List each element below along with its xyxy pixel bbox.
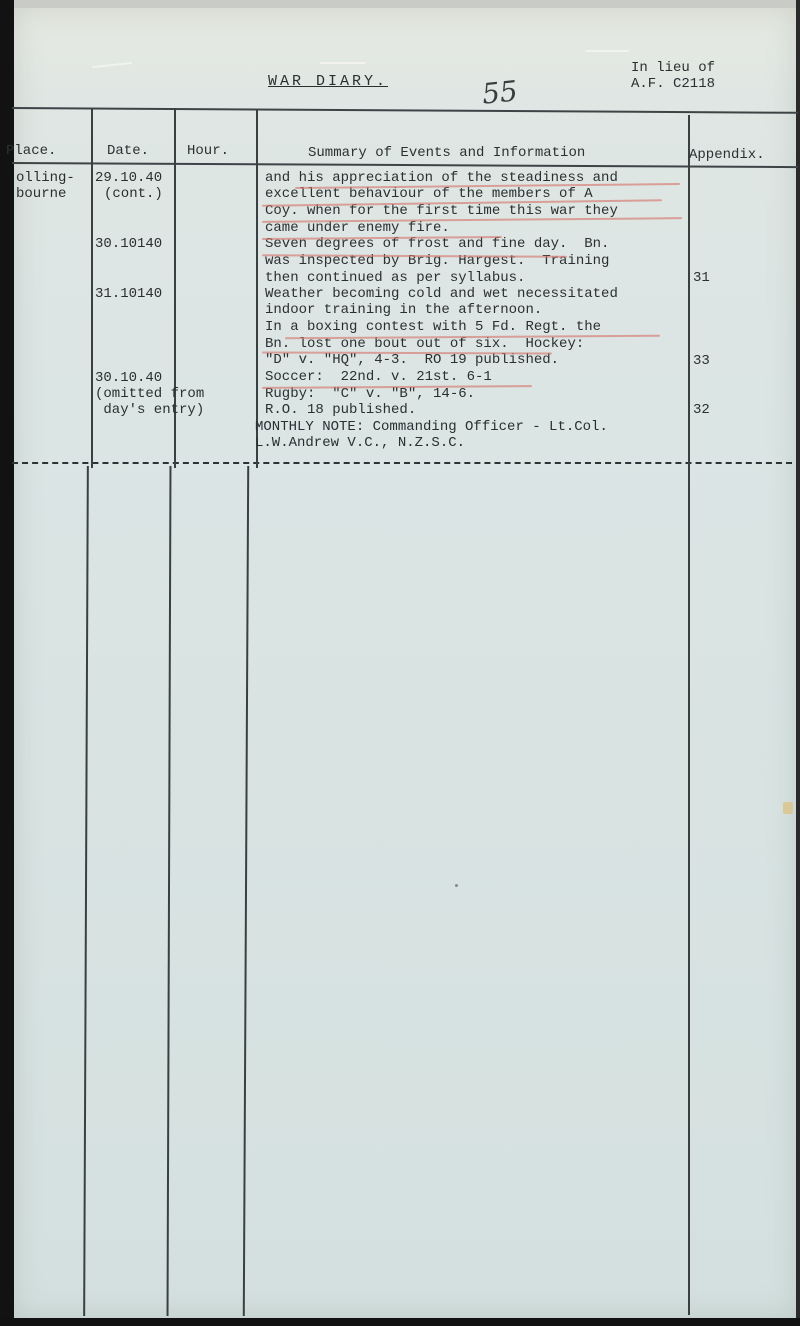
date-entry-1-note: (cont.): [104, 186, 163, 203]
document-title: WAR DIARY.: [268, 73, 388, 90]
summary-line: L.W.Andrew V.C., N.Z.S.C.: [255, 435, 465, 452]
column-rule-hour: [256, 110, 258, 468]
tape-fragment: [783, 802, 793, 814]
date-entry-1: 29.10.40: [95, 170, 162, 187]
summary-line: Weather becoming cold and wet necessitat…: [265, 286, 618, 303]
staple-mark: [320, 62, 366, 64]
binding-edge: [0, 0, 14, 1326]
date-entry-2: 30.10140: [95, 236, 162, 253]
handwritten-page-number: 55: [480, 74, 519, 111]
column-rule-place: [91, 108, 93, 468]
summary-line: "D" v. "HQ", 4-3. RO 19 published.: [265, 352, 559, 369]
summary-line: R.O. 18 published.: [265, 402, 416, 419]
appendix-ref: 33: [693, 353, 710, 370]
column-header-summary: Summary of Events and Information: [308, 145, 585, 161]
form-note-line2: A.F. C2118: [631, 76, 715, 92]
page-right-edge: [796, 0, 800, 1326]
page-top-edge: [0, 0, 800, 8]
summary-line: In a boxing contest with 5 Fd. Regt. the: [265, 319, 601, 336]
column-header-appendix: Appendix.: [689, 147, 765, 163]
appendix-ref: 31: [693, 270, 710, 287]
summary-line: MONTHLY NOTE: Commanding Officer - Lt.Co…: [255, 419, 608, 436]
date-entry-4-note1: (omitted from: [95, 386, 204, 403]
page-bottom-edge: [0, 1318, 800, 1326]
place-line1: olling-: [16, 170, 75, 187]
column-rule-summary: [688, 115, 690, 1315]
column-header-date: Date.: [107, 143, 149, 159]
column-header-place: Place.: [6, 143, 56, 159]
date-entry-4: 30.10.40: [95, 370, 162, 387]
appendix-ref: 32: [693, 402, 710, 419]
date-entry-3: 31.10140: [95, 286, 162, 303]
paper-speck: [455, 884, 458, 887]
summary-line: Soccer: 22nd. v. 21st. 6-1: [265, 369, 492, 386]
form-reference: In lieu of A.F. C2118: [631, 60, 715, 92]
entry-end-dashed-rule: [12, 462, 792, 464]
column-header-hour: Hour.: [187, 143, 229, 159]
form-note-line1: In lieu of: [631, 60, 715, 76]
summary-line: indoor training in the afternoon.: [265, 302, 542, 319]
place-line2: bourne: [16, 186, 66, 203]
staple-mark: [585, 50, 629, 52]
date-entry-4-note2: day's entry): [95, 402, 204, 419]
summary-line: then continued as per syllabus.: [265, 270, 525, 287]
